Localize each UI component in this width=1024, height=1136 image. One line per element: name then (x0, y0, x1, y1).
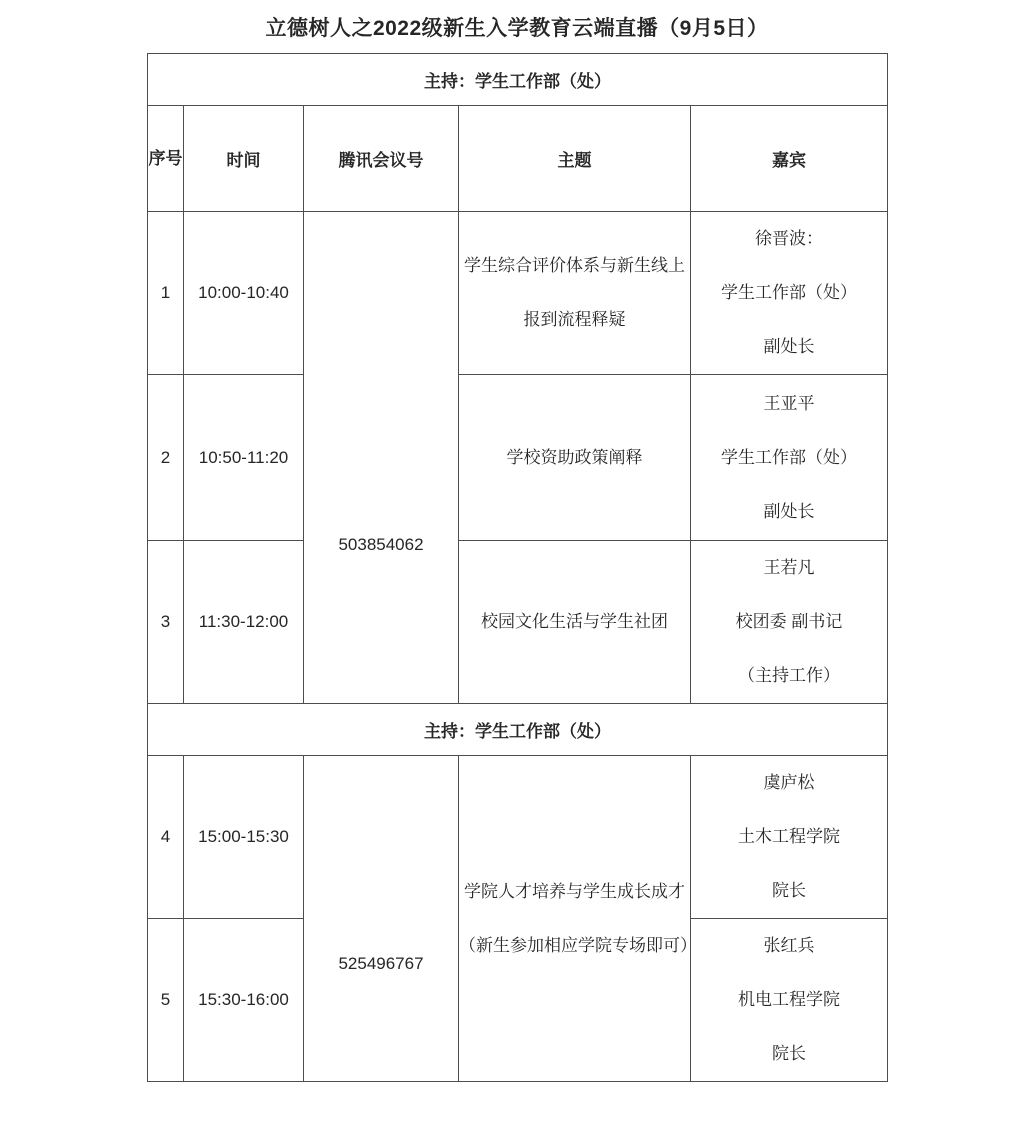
seq-cell: 5 (148, 919, 184, 1082)
table-row-2: 2 10:50-11:20 学校资助政策阐释 王亚平 学生工作部（处） 副处长 (148, 375, 888, 541)
column-header-seq: 序号 (148, 106, 184, 212)
topic-cell: 学生综合评价体系与新生线上报到流程释疑 (459, 212, 691, 375)
meeting-id-cell-afternoon: 525496767 (304, 756, 459, 1082)
table-row-3: 3 11:30-12:00 校园文化生活与学生社团 王若凡 校团委 副书记 （主… (148, 541, 888, 704)
time-cell: 11:30-12:00 (184, 541, 304, 704)
section-2-header-row: 主持：学生工作部（处） (148, 704, 888, 756)
time-cell: 15:00-15:30 (184, 756, 304, 919)
column-header-topic: 主题 (459, 106, 691, 212)
seq-cell: 4 (148, 756, 184, 919)
section-1-header: 主持：学生工作部（处） (148, 54, 888, 106)
guest-cell: 王亚平 学生工作部（处） 副处长 (691, 375, 888, 541)
guest-cell: 徐晋波： 学生工作部（处） 副处长 (691, 212, 888, 375)
seq-cell: 2 (148, 375, 184, 541)
guest-cell: 张红兵 机电工程学院 院长 (691, 919, 888, 1082)
column-header-time: 时间 (184, 106, 304, 212)
schedule-table: 主持：学生工作部（处） 序号 时间 腾讯会议号 主题 嘉宾 1 10:00-10… (147, 53, 888, 1082)
table-row-4: 4 15:00-15:30 525496767 学院人才培养与学生成长成才（新生… (148, 756, 888, 919)
topic-cell-merged: 学院人才培养与学生成长成才（新生参加相应学院专场即可） (459, 756, 691, 1082)
table-row-1: 1 10:00-10:40 503854062 学生综合评价体系与新生线上报到流… (148, 212, 888, 375)
time-cell: 15:30-16:00 (184, 919, 304, 1082)
column-header-row: 序号 时间 腾讯会议号 主题 嘉宾 (148, 106, 888, 212)
time-cell: 10:00-10:40 (184, 212, 304, 375)
seq-cell: 3 (148, 541, 184, 704)
topic-cell: 学校资助政策阐释 (459, 375, 691, 541)
topic-cell: 校园文化生活与学生社团 (459, 541, 691, 704)
guest-cell: 王若凡 校团委 副书记 （主持工作） (691, 541, 888, 704)
seq-cell: 1 (148, 212, 184, 375)
time-cell: 10:50-11:20 (184, 375, 304, 541)
page-title: 立德树人之2022级新生入学教育云端直播（9月5日） (147, 0, 887, 53)
column-header-guest: 嘉宾 (691, 106, 888, 212)
section-1-header-row: 主持：学生工作部（处） (148, 54, 888, 106)
section-2-header: 主持：学生工作部（处） (148, 704, 888, 756)
meeting-id-cell-morning: 503854062 (304, 212, 459, 704)
column-header-meeting-id: 腾讯会议号 (304, 106, 459, 212)
guest-cell: 虞庐松 土木工程学院 院长 (691, 756, 888, 919)
